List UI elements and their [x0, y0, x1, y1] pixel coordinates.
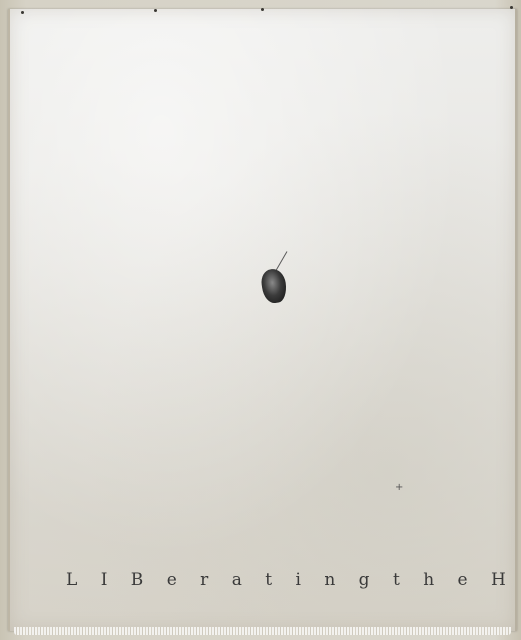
- pin-top-right: [510, 6, 513, 9]
- pencil-inscription: L I B e r a t i n g t h e H o o k: [66, 570, 476, 590]
- pin-top-1: [154, 9, 157, 12]
- pencil-cross-mark: +: [395, 482, 403, 493]
- white-canvas: [8, 9, 517, 631]
- pin-top-2: [261, 8, 264, 11]
- frayed-bottom-edge: [14, 627, 511, 635]
- pin-top-left: [21, 11, 24, 14]
